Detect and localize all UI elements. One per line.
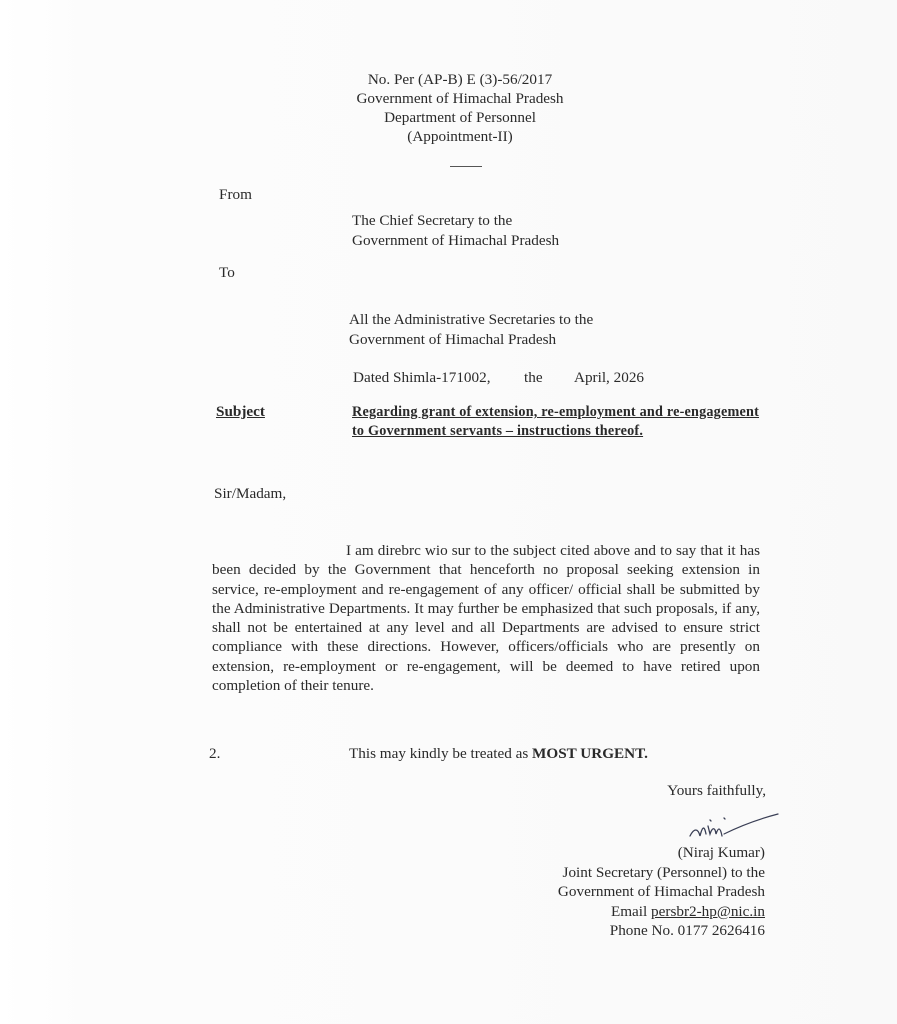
paragraph-2: This may kindly be treated as MOST URGEN… [349,744,648,763]
signatory-name: (Niraj Kumar) [558,843,765,863]
closing: Yours faithfully, [667,781,766,800]
header-government: Government of Himachal Pradesh [340,89,580,108]
signature-icon [680,806,780,846]
to-line-2: Government of Himachal Pradesh [349,330,556,349]
header-department: Department of Personnel [340,108,580,127]
to-line-1: All the Administrative Secretaries to th… [349,310,593,329]
from-line-1: The Chief Secretary to the [352,211,512,230]
signatory-block: (Niraj Kumar) Joint Secretary (Personnel… [558,843,765,941]
signatory-phone: Phone No. 0177 2626416 [558,921,765,941]
signatory-designation: Joint Secretary (Personnel) to the [558,863,765,883]
dated-date: April, 2026 [574,368,644,387]
letter-page: No. Per (AP-B) E (3)-56/2017 Government … [0,0,897,1024]
header-section: (Appointment-II) [340,127,580,146]
header-divider [450,166,482,167]
paragraph-1-text: I am direbrc wio sur to the subject cite… [212,542,760,694]
letter-header: No. Per (AP-B) E (3)-56/2017 Government … [340,70,580,146]
email-label: Email [611,903,651,920]
to-label: To [219,263,235,282]
from-label: From [219,185,252,204]
subject-label: Subject [216,403,265,421]
from-line-2: Government of Himachal Pradesh [352,231,559,250]
paragraph-2-text: This may kindly be treated as [349,745,532,762]
subject-text: Regarding grant of extension, re-employm… [352,403,759,441]
dated-the: the [524,368,543,387]
dated-place: Dated Shimla-171002, [353,368,491,387]
signatory-email-line: Email persbr2-hp@nic.in [558,902,765,922]
paragraph-2-emphasis: MOST URGENT. [532,745,648,762]
reference-number: No. Per (AP-B) E (3)-56/2017 [340,70,580,89]
salutation: Sir/Madam, [214,484,286,503]
email-link[interactable]: persbr2-hp@nic.in [651,903,765,920]
paragraph-2-number: 2. [209,744,220,763]
paragraph-1: I am direbrc wio sur to the subject cite… [212,541,760,695]
signatory-organization: Government of Himachal Pradesh [558,882,765,902]
